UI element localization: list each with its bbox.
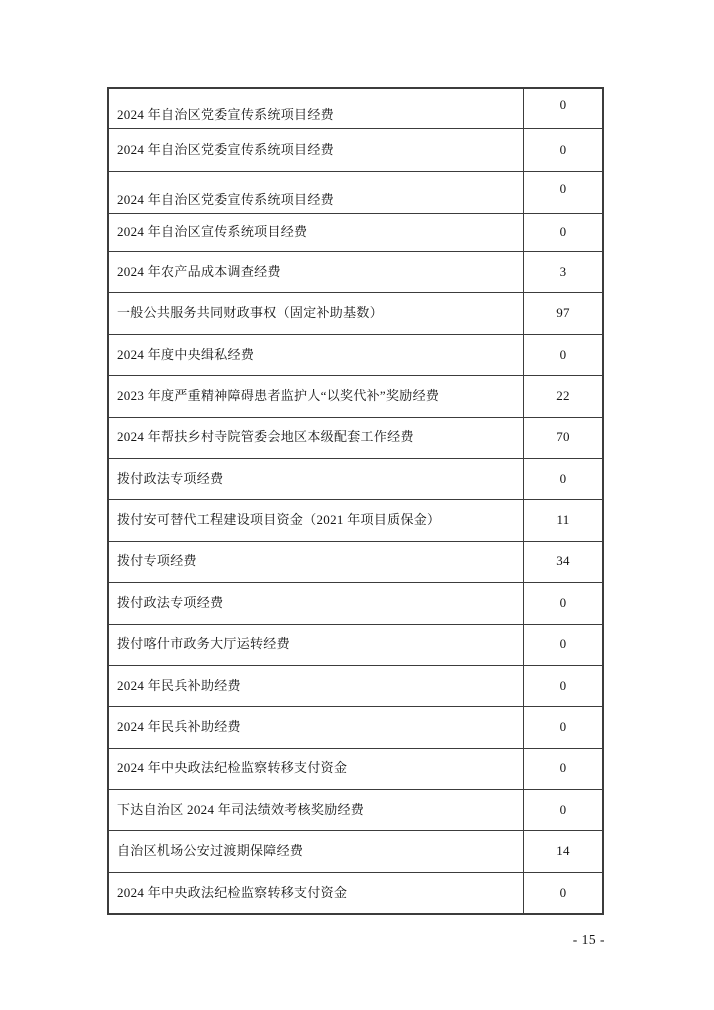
- table-row-label: 2024 年度中央缉私经费: [109, 335, 523, 375]
- table-row: 2024 年中央政法纪检监察转移支付资金 0: [109, 872, 602, 913]
- table-row-value: 0: [523, 214, 602, 251]
- table-row-label: 2024 年民兵补助经费: [109, 666, 523, 706]
- table-row-label: 2024 年帮扶乡村寺院管委会地区本级配套工作经费: [109, 418, 523, 458]
- table-row: 2024 年自治区党委宣传系统项目经费 0: [109, 171, 602, 213]
- table-row-label: 2024 年自治区党委宣传系统项目经费: [109, 129, 523, 171]
- table-row-value: 97: [523, 293, 602, 333]
- table-row: 拨付喀什市政务大厅运转经费 0: [109, 624, 602, 665]
- table-row-value: 3: [523, 252, 602, 292]
- table-row-value: 0: [523, 172, 602, 213]
- budget-table: 2024 年自治区党委宣传系统项目经费 0 2024 年自治区党委宣传系统项目经…: [107, 87, 604, 915]
- table-row: 拨付政法专项经费 0: [109, 582, 602, 623]
- table-row-value: 0: [523, 335, 602, 375]
- table-row: 拨付安可替代工程建设项目资金（2021 年项目质保金） 11: [109, 499, 602, 540]
- table-row: 拨付政法专项经费 0: [109, 458, 602, 499]
- document-page: 2024 年自治区党委宣传系统项目经费 0 2024 年自治区党委宣传系统项目经…: [0, 0, 714, 1010]
- table-row: 2024 年民兵补助经费 0: [109, 665, 602, 706]
- table-row-value: 0: [523, 583, 602, 623]
- table-row-label: 拨付专项经费: [109, 542, 523, 582]
- table-row-label: 2024 年农产品成本调查经费: [109, 252, 523, 292]
- table-row-value: 14: [523, 831, 602, 871]
- table-row-value: 0: [523, 459, 602, 499]
- table-row-label: 2024 年中央政法纪检监察转移支付资金: [109, 749, 523, 789]
- table-row-label: 2024 年自治区党委宣传系统项目经费: [109, 89, 523, 128]
- table-row: 拨付专项经费 34: [109, 541, 602, 582]
- table-row: 2024 年中央政法纪检监察转移支付资金 0: [109, 748, 602, 789]
- page-number: - 15 -: [573, 932, 605, 948]
- table-row-label: 下达自治区 2024 年司法绩效考核奖励经费: [109, 790, 523, 830]
- table-row: 2024 年民兵补助经费 0: [109, 706, 602, 747]
- table-row-value: 34: [523, 542, 602, 582]
- table-row-label: 拨付政法专项经费: [109, 583, 523, 623]
- table-row-value: 0: [523, 707, 602, 747]
- table-row-value: 0: [523, 666, 602, 706]
- table-row-value: 0: [523, 749, 602, 789]
- table-row-value: 0: [523, 625, 602, 665]
- table-row: 下达自治区 2024 年司法绩效考核奖励经费 0: [109, 789, 602, 830]
- table-row-value: 0: [523, 89, 602, 128]
- table-row-label: 2024 年自治区党委宣传系统项目经费: [109, 172, 523, 213]
- table-row: 自治区机场公安过渡期保障经费 14: [109, 830, 602, 871]
- table-row-value: 0: [523, 129, 602, 171]
- table-row: 一般公共服务共同财政事权（固定补助基数） 97: [109, 292, 602, 333]
- table-row: 2023 年度严重精神障碍患者监护人“以奖代补”奖励经费 22: [109, 375, 602, 416]
- table-row-value: 70: [523, 418, 602, 458]
- table-row-label: 拨付喀什市政务大厅运转经费: [109, 625, 523, 665]
- table-row: 2024 年度中央缉私经费 0: [109, 334, 602, 375]
- table-row: 2024 年自治区宣传系统项目经费 0: [109, 213, 602, 251]
- table-row-label: 拨付政法专项经费: [109, 459, 523, 499]
- table-row: 2024 年农产品成本调查经费 3: [109, 251, 602, 292]
- table-row-value: 0: [523, 790, 602, 830]
- table-row-label: 一般公共服务共同财政事权（固定补助基数）: [109, 293, 523, 333]
- table-row: 2024 年自治区党委宣传系统项目经费 0: [109, 128, 602, 171]
- table-row-value: 0: [523, 873, 602, 913]
- table-row: 2024 年帮扶乡村寺院管委会地区本级配套工作经费 70: [109, 417, 602, 458]
- table-row-label: 2024 年民兵补助经费: [109, 707, 523, 747]
- table-row-label: 2024 年中央政法纪检监察转移支付资金: [109, 873, 523, 913]
- table-row-value: 22: [523, 376, 602, 416]
- table-row-label: 自治区机场公安过渡期保障经费: [109, 831, 523, 871]
- table-row-label: 2024 年自治区宣传系统项目经费: [109, 214, 523, 251]
- table-row-value: 11: [523, 500, 602, 540]
- table-row: 2024 年自治区党委宣传系统项目经费 0: [109, 89, 602, 128]
- table-row-label: 拨付安可替代工程建设项目资金（2021 年项目质保金）: [109, 500, 523, 540]
- table-row-label: 2023 年度严重精神障碍患者监护人“以奖代补”奖励经费: [109, 376, 523, 416]
